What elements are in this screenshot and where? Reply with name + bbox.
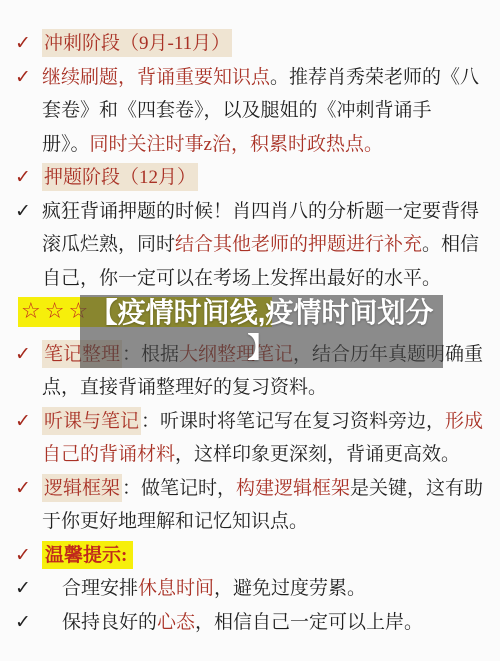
subtitle-line-1: 【疫情时间线,疫情时间划分 xyxy=(80,295,443,330)
highlighted-text: 温馨提示: xyxy=(42,541,133,569)
text-segment: 滚瓜烂熟，同时 xyxy=(42,234,175,255)
text-segment: 于你更好地理解和记忆知识点。 xyxy=(42,511,308,532)
text-segment: 构建逻辑框架 xyxy=(236,478,350,499)
text-segment: 。推荐肖秀荣老师的《八 xyxy=(270,67,479,88)
list-item-line: ✓听课与笔记：听课时将笔记写在复习资料旁边，形成 xyxy=(0,405,500,439)
text-segment: 合理安排 xyxy=(62,578,138,599)
highlighted-text: 听课与笔记 xyxy=(42,407,141,435)
text-segment: ，相信自己一定可以上岸。 xyxy=(195,612,423,633)
text-segment: ，避免过度劳累。 xyxy=(214,578,366,599)
text-segment: 套卷》和《四套卷》，以及腿姐的《冲刺背诵手 xyxy=(42,100,432,121)
checkmark-icon: ✓ xyxy=(15,472,39,506)
text-segment: 疯狂背诵押题的时候！肖四肖八的分析题一定要背得 xyxy=(42,201,479,222)
text-segment: 心态 xyxy=(157,612,195,633)
list-item-line: ✓逻辑框架：做笔记时，构建逻辑框架是关键，这有助 xyxy=(0,472,500,506)
text-segment: ：听课时将笔记写在复习资料旁边， xyxy=(141,411,445,432)
checkmark-icon: ✓ xyxy=(15,161,39,195)
highlighted-text: 冲刺阶段（9月-11月） xyxy=(42,29,232,57)
text-segment: 自己，你一定可以在考场上发挥出最好的水平。 xyxy=(42,268,441,289)
checkmark-icon: ✓ xyxy=(15,572,39,606)
checkmark-icon: ✓ xyxy=(15,27,39,61)
text-segment: 形成 xyxy=(445,411,483,432)
list-item-line: 于你更好地理解和记忆知识点。 xyxy=(0,505,500,539)
checkmark-icon: ✓ xyxy=(15,338,39,372)
text-segment: 同时关注时事z治，积累时政热点。 xyxy=(90,134,383,155)
highlighted-text: 押题阶段（12月） xyxy=(42,163,198,191)
list-item-line: ✓合理安排休息时间，避免过度劳累。 xyxy=(0,572,500,606)
text-segment: 是关键，这有助 xyxy=(350,478,483,499)
list-item-line: 滚瓜烂熟，同时结合其他老师的押题进行补充。相信 xyxy=(0,228,500,262)
subtitle-line-2: 】 xyxy=(80,330,443,365)
list-item-line: ✓押题阶段（12月） xyxy=(0,161,500,195)
text-segment: 结合其他老师的押题进行补充 xyxy=(175,234,422,255)
checkmark-icon: ✓ xyxy=(15,606,39,640)
list-item-line: ✓冲刺阶段（9月-11月） xyxy=(0,27,500,61)
list-item-line: ✓保持良好的心态，相信自己一定可以上岸。 xyxy=(0,606,500,640)
text-segment: ，这样印象更深刻，背诵更高效。 xyxy=(175,444,460,465)
list-item-line: ✓温馨提示: xyxy=(0,539,500,573)
text-segment: 保持良好的 xyxy=(62,612,157,633)
text-segment: 点，直接背诵整理好的复习资料。 xyxy=(42,377,327,398)
star-icon: ☆ xyxy=(42,299,66,324)
text-segment: 自己的背诵材料 xyxy=(42,444,175,465)
text-segment: ：做笔记时， xyxy=(122,478,236,499)
text-segment: 册》。 xyxy=(42,134,90,155)
list-item-line: 点，直接背诵整理好的复习资料。 xyxy=(0,371,500,405)
list-item-line: 册》。同时关注时事z治，积累时政热点。 xyxy=(0,128,500,162)
star-icon: ☆ xyxy=(18,299,42,324)
study-notes-page: ✓冲刺阶段（9月-11月）✓继续刷题，背诵重要知识点。推荐肖秀荣老师的《八套卷》… xyxy=(0,0,500,661)
text-segment: 休息时间 xyxy=(138,578,214,599)
checkmark-icon: ✓ xyxy=(15,539,39,573)
list-item-line: ✓疯狂背诵押题的时候！肖四肖八的分析题一定要背得 xyxy=(0,195,500,229)
list-item-line: 自己，你一定可以在考场上发挥出最好的水平。 xyxy=(0,262,500,296)
list-item-line: 自己的背诵材料，这样印象更深刻，背诵更高效。 xyxy=(0,438,500,472)
highlighted-text: 逻辑框架 xyxy=(42,474,122,502)
list-item-line: 套卷》和《四套卷》，以及腿姐的《冲刺背诵手 xyxy=(0,94,500,128)
checkmark-icon: ✓ xyxy=(15,61,39,95)
list-item-line: ✓继续刷题，背诵重要知识点。推荐肖秀荣老师的《八 xyxy=(0,61,500,95)
checkmark-icon: ✓ xyxy=(15,405,39,439)
text-segment: 继续刷题，背诵重要知识点 xyxy=(42,67,270,88)
subtitle-overlay: 【疫情时间线,疫情时间划分 】 xyxy=(80,295,443,368)
checkmark-icon: ✓ xyxy=(15,195,39,229)
text-segment: 。相信 xyxy=(422,234,479,255)
